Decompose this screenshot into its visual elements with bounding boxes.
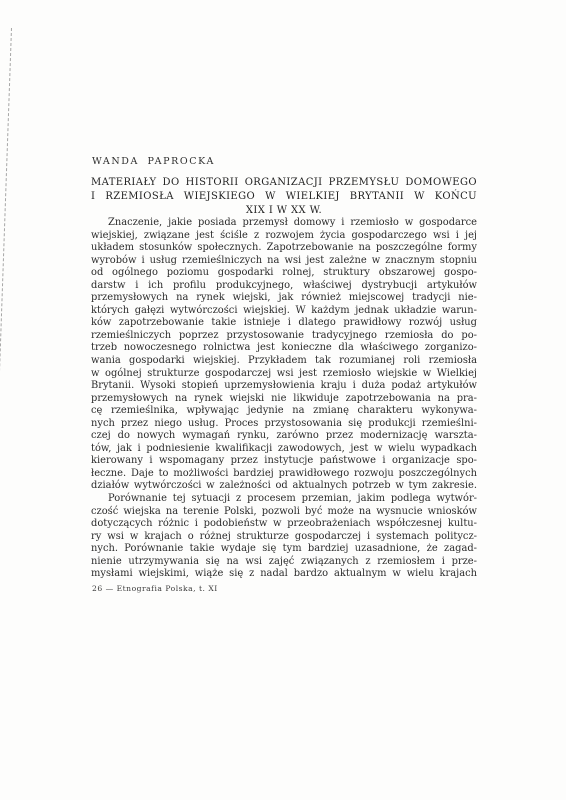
body-text-line: rzemieślniczych poprzez przystosowanie t… [91, 330, 477, 343]
body-text-line: przemysłowych na rynek wiejski nie likwi… [91, 393, 477, 406]
body-text-line: przemysłowych na rynek wiejski, jak równ… [91, 292, 477, 305]
paragraph: Porównanie tej sytuacji z procesem przem… [91, 493, 477, 581]
body-text-line: nych. Porównanie takie wydaje się tym ba… [91, 543, 477, 556]
body-text-line: Znaczenie, jakie posiada przemysł domowy… [91, 217, 477, 230]
author-name: WANDA PAPROCKA [92, 156, 215, 167]
body-text-line: darstw i ich profilu produkcyjnego, właś… [91, 280, 477, 293]
body-text-line: w ogólnej strukturze gospodarczej wsi je… [91, 368, 477, 381]
body-text-line: dotyczących różnic i podobieństw w przeo… [91, 518, 477, 531]
paragraph: Znaczenie, jakie posiada przemysł domowy… [91, 217, 477, 493]
body-text-line: Brytanii. Wysoki stopień uprzemysłowieni… [91, 380, 477, 393]
body-text-line: kierowany i wspomagany przez instytucje … [91, 455, 477, 468]
body-text-line: ry wsi w krajach o różnej strukturze gos… [91, 531, 477, 544]
body-text-line: nienie utrzymywania się na wsi zajęć zwi… [91, 556, 477, 569]
body-text-line: nych przez niego usług. Proces przystoso… [91, 418, 477, 431]
body-text-line: wiejskiej, związane jest ściśle z rozwoj… [91, 230, 477, 243]
article-title: MATERIAŁY DO HISTORII ORGANIZACJI PRZEMY… [91, 176, 477, 217]
body-text-line: czej do nowych wymagań rynku, zarówno pr… [91, 430, 477, 443]
body-text-line: tów, jak i podniesienie kwalifikacji zaw… [91, 443, 477, 456]
body-text-line: Porównanie tej sytuacji z procesem przem… [91, 493, 477, 506]
body-text-line: cę rzemieślnika, wpływając jedynie na zm… [91, 405, 477, 418]
journal-footer: 26 — Etnografia Polska, t. XI [92, 584, 218, 593]
title-line: MATERIAŁY DO HISTORII ORGANIZACJI PRZEMY… [91, 176, 477, 190]
body-text-line: trzeb nowoczesnego rolnictwa jest koniec… [91, 342, 477, 355]
body-text-line: wyrobów i usług rzemieślniczych na wsi j… [91, 255, 477, 268]
body-text-line: których gałęzi wytwórczości wiejskiej. W… [91, 305, 477, 318]
body-text-line: działów wytwórczości w zależności od akt… [91, 480, 477, 493]
body-text-line: wania gospodarki wiejskiej. Przykładem t… [91, 355, 477, 368]
scan-edge-dashed-line [0, 28, 12, 652]
body-text-line: układem stosunków społecznych. Zapotrzeb… [91, 242, 477, 255]
body-text-line: czość wiejska na terenie Polski, pozwoli… [91, 506, 477, 519]
body-text-line: łeczne. Daje to możliwości bardziej praw… [91, 468, 477, 481]
document-page: WANDA PAPROCKA MATERIAŁY DO HISTORII ORG… [0, 0, 566, 800]
body-text-line: mysłami wiejskimi, wiąże się z nadal bar… [91, 568, 477, 581]
title-line: XIX I W XX W. [91, 204, 477, 218]
body-text-line: od ogólnego poziomu gospodarki rolnej, s… [91, 267, 477, 280]
title-line: I RZEMIOSŁA WIEJSKIEGO W WIELKIEJ BRYTAN… [91, 190, 477, 204]
article-body: Znaczenie, jakie posiada przemysł domowy… [91, 217, 477, 581]
body-text-line: ków zapotrzebowanie takie istnieje i dla… [91, 317, 477, 330]
